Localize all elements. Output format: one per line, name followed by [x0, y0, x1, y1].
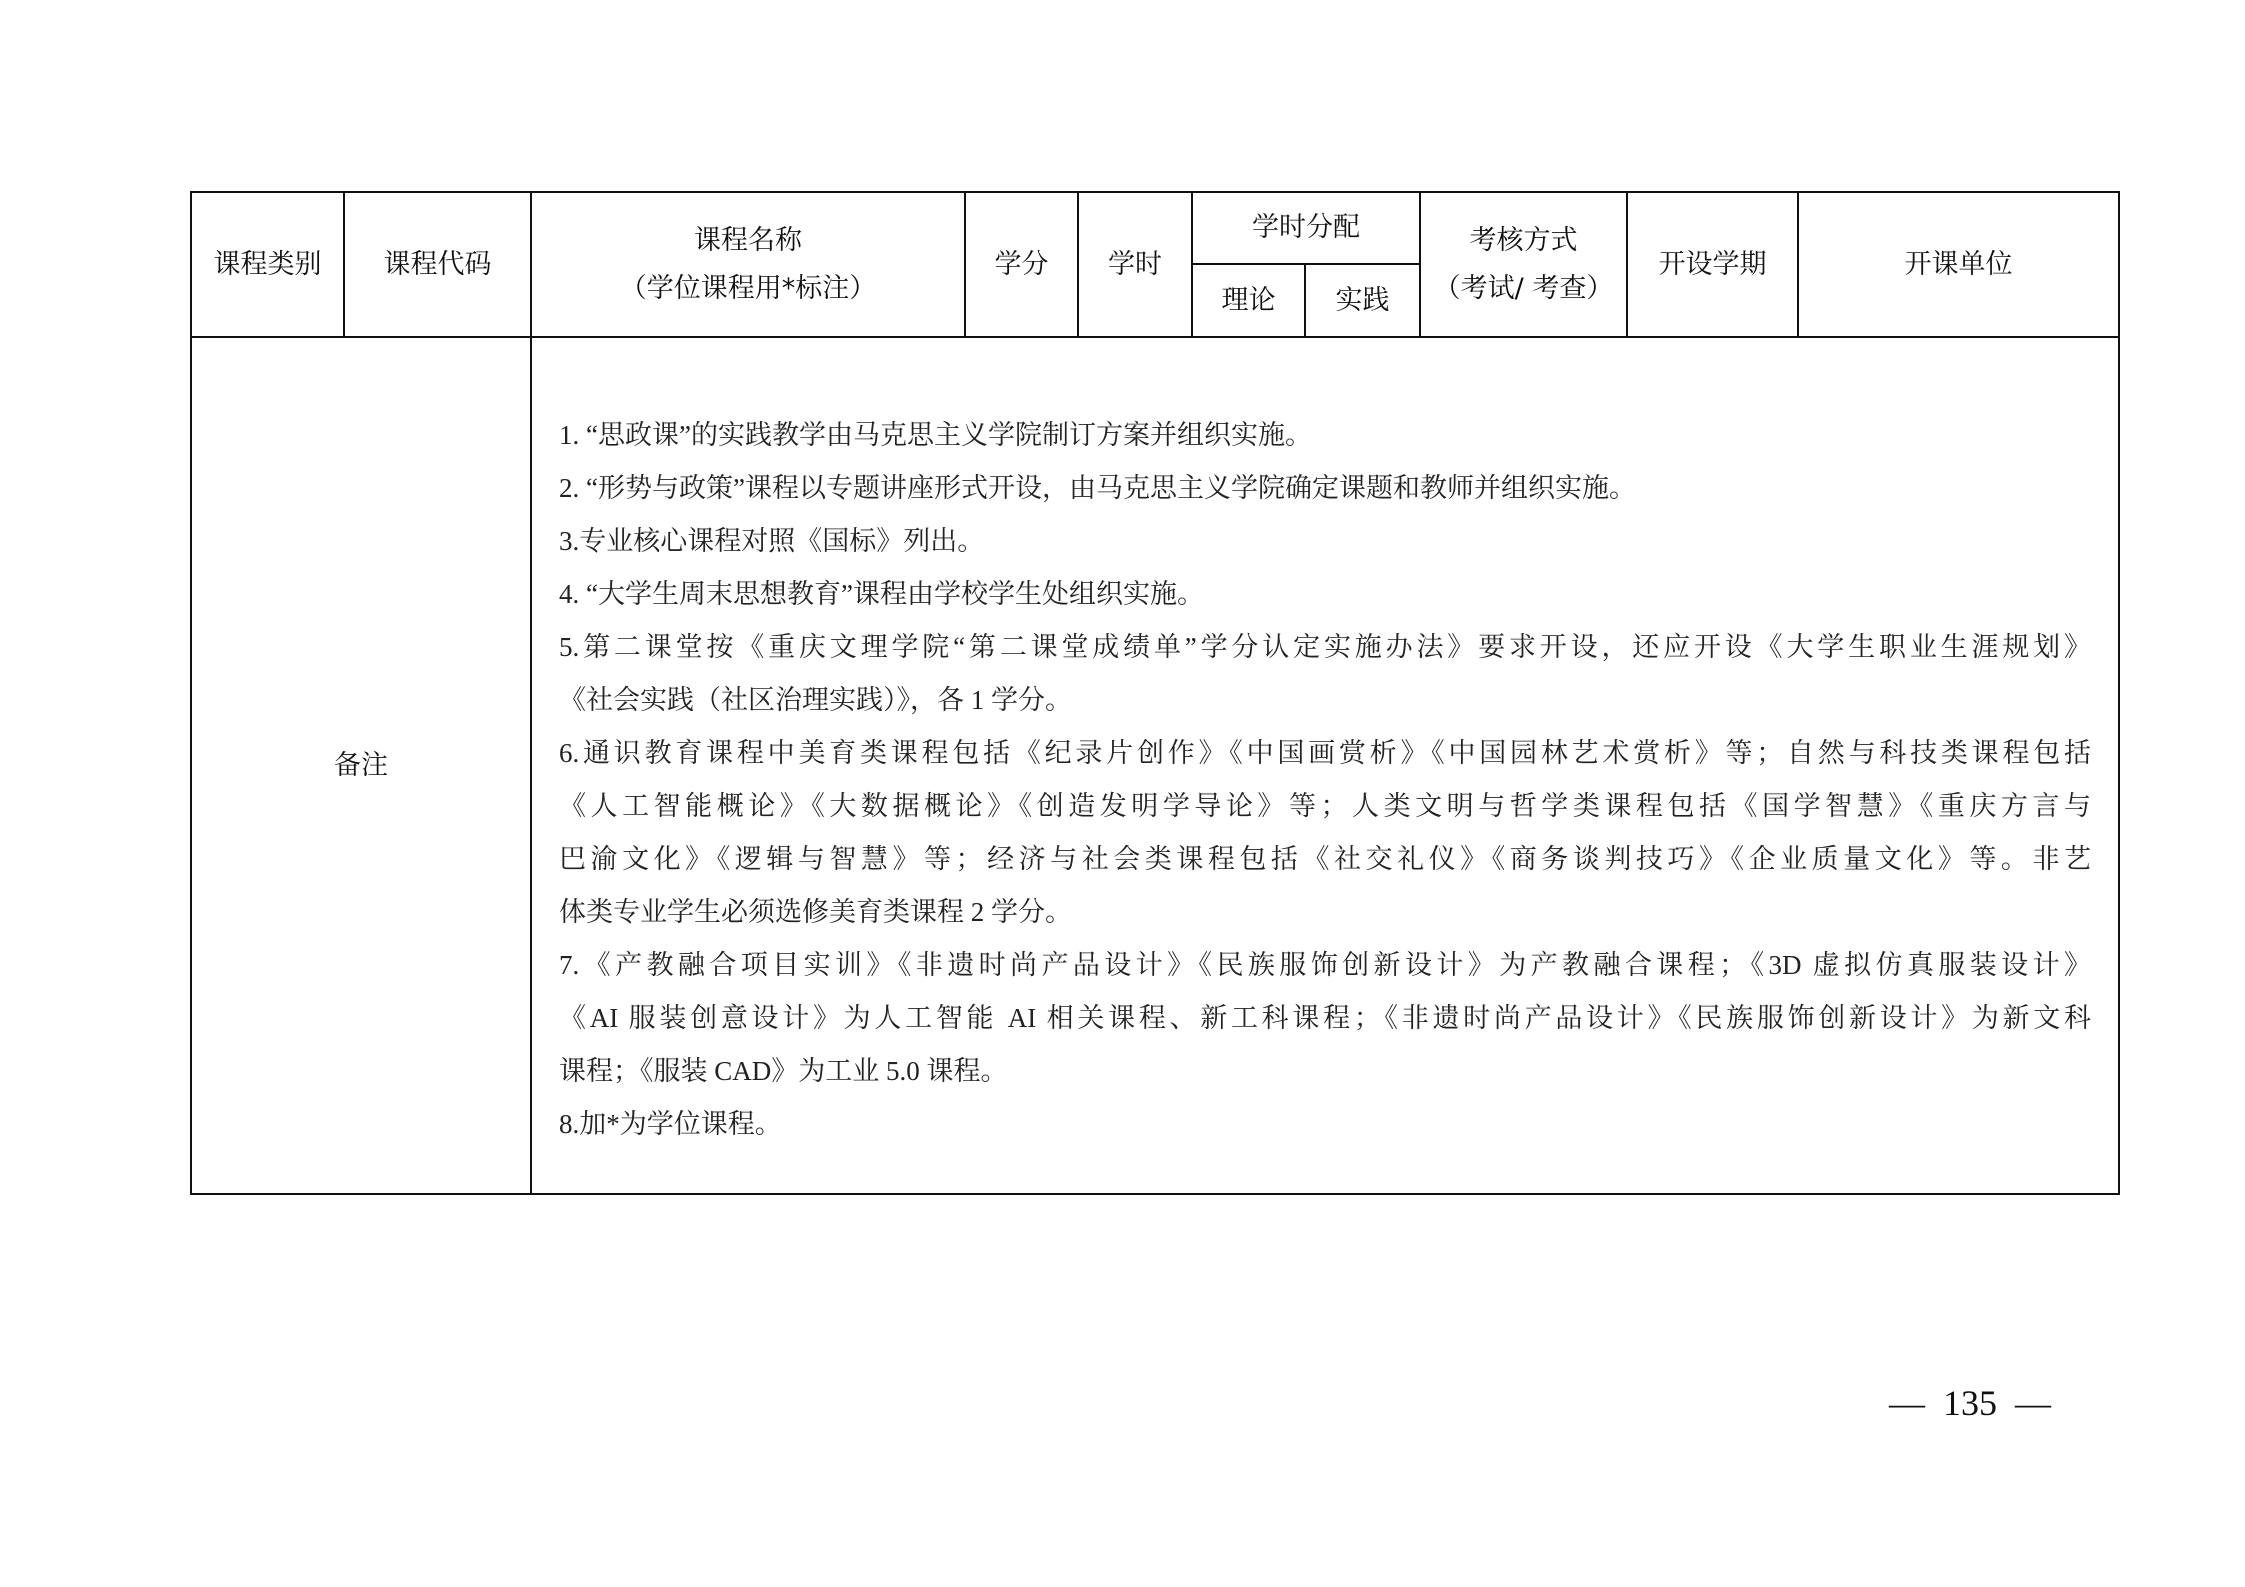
remark-line: 7.《产教融合项目实训》《非遗时尚产品设计》《民族服饰创新设计》为产教融合课程；…	[559, 939, 2091, 992]
course-table: 课程类别 课程代码 课程名称 （学位课程用*标注） 学分 学时 学时分配 考核方…	[190, 191, 2120, 1195]
remark-line: 1. “思政课”的实践教学由马克思主义学院制订方案并组织实施。	[559, 409, 2091, 462]
remark-line: 8.加*为学位课程。	[559, 1098, 2091, 1151]
header-hours: 学时	[1078, 192, 1192, 337]
document-page: 课程类别 课程代码 课程名称 （学位课程用*标注） 学分 学时 学时分配 考核方…	[0, 0, 2245, 1587]
header-code: 课程代码	[344, 192, 531, 337]
remark-line: 6.通识教育课程中美育类课程包括《纪录片创作》《中国画赏析》《中国园林艺术赏析》…	[559, 727, 2091, 780]
remark-line: 体类专业学生必须选修美育类课程 2 学分。	[559, 886, 2091, 939]
remarks-label: 备注	[191, 337, 531, 1194]
header-department: 开课单位	[1798, 192, 2119, 337]
remarks-row: 备注 1. “思政课”的实践教学由马克思主义学院制订方案并组织实施。2. “形势…	[191, 337, 2119, 1194]
page-number: — 135 —	[1880, 1382, 2060, 1424]
header-assessment-line1: 考核方式	[1421, 217, 1626, 265]
remark-line: 巴渝文化》《逻辑与智慧》等；经济与社会类课程包括《社交礼仪》《商务谈判技巧》《企…	[559, 833, 2091, 886]
remarks-notes: 1. “思政课”的实践教学由马克思主义学院制订方案并组织实施。2. “形势与政策…	[532, 338, 2118, 1151]
remark-line: 3.专业核心课程对照《国标》列出。	[559, 515, 2091, 568]
header-hours-distribution: 学时分配	[1192, 192, 1420, 264]
remarks-content: 1. “思政课”的实践教学由马克思主义学院制订方案并组织实施。2. “形势与政策…	[531, 337, 2119, 1194]
remark-line: 2. “形势与政策”课程以专题讲座形式开设，由马克思主义学院确定课题和教师并组织…	[559, 462, 2091, 515]
header-course-name-line2: （学位课程用*标注）	[532, 265, 964, 313]
remark-line: 《AI 服装创意设计》为人工智能 AI 相关课程、新工科课程；《非遗时尚产品设计…	[559, 992, 2091, 1045]
header-semester: 开设学期	[1627, 192, 1798, 337]
remark-line: 4. “大学生周末思想教育”课程由学校学生处组织实施。	[559, 568, 2091, 621]
header-theory: 理论	[1192, 264, 1305, 337]
header-assessment-line2: （考试/ 考查）	[1421, 265, 1626, 313]
remark-line: 《社会实践（社区治理实践）》，各 1 学分。	[559, 674, 2091, 727]
header-category: 课程类别	[191, 192, 344, 337]
header-assessment: 考核方式 （考试/ 考查）	[1420, 192, 1627, 337]
header-practice: 实践	[1305, 264, 1420, 337]
remark-line: 《人工智能概论》《大数据概论》《创造发明学导论》等；人类文明与哲学类课程包括《国…	[559, 780, 2091, 833]
remark-line: 课程；《服装 CAD》为工业 5.0 课程。	[559, 1045, 2091, 1098]
header-row-1: 课程类别 课程代码 课程名称 （学位课程用*标注） 学分 学时 学时分配 考核方…	[191, 192, 2119, 264]
header-course-name: 课程名称 （学位课程用*标注）	[531, 192, 965, 337]
remark-line: 5.第二课堂按《重庆文理学院“第二课堂成绩单”学分认定实施办法》要求开设，还应开…	[559, 621, 2091, 674]
header-course-name-line1: 课程名称	[532, 217, 964, 265]
header-credits: 学分	[965, 192, 1078, 337]
